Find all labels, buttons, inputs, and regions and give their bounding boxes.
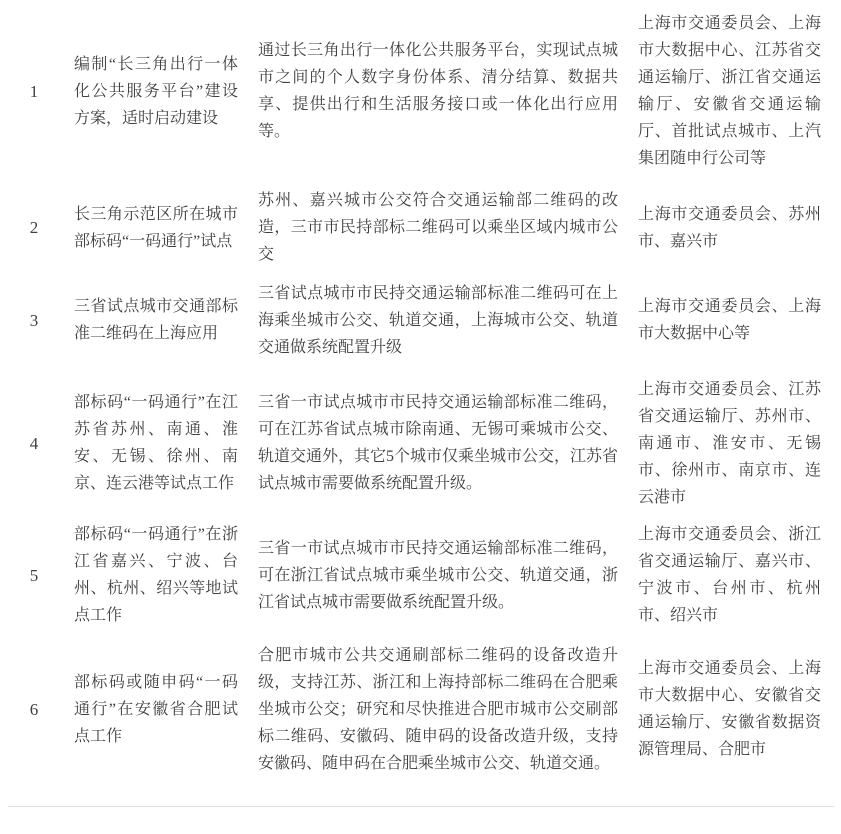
document-page: 1 编制“长三角出行一体化公共服务平台”建设方案，适时启动建设 通过长三角出行一… [0, 0, 841, 834]
task-description: 三省试点城市市民持交通运输部标准二维码可在上海乘坐城市公交、轨道交通，上海城市公… [252, 280, 632, 361]
table-row: 5 部标码“一码通行”在浙江省嘉兴、宁波、台州、杭州、绍兴等地试点工作 三省一市… [0, 519, 841, 631]
table-row: 2 长三角示范区所在城市部标码“一码通行”试点 苏州、嘉兴城市公交符合交通运输部… [0, 182, 841, 273]
row-number: 2 [0, 219, 68, 236]
task-description: 苏州、嘉兴城市公交符合交通运输部二维码的改造，三市市民持部标二维码可以乘坐区域内… [252, 187, 632, 268]
responsible-units: 上海市交通委员会、浙江省交通运输厅、嘉兴市、宁波市、台州市、杭州市、绍兴市 [632, 521, 841, 629]
task-description: 三省一市试点城市市民持交通运输部标准二维码，可在浙江省试点城市乘坐城市公交、轨道… [252, 535, 632, 616]
table-row: 6 部标码或随申码“一码通行”在安徽省合肥试点工作 合肥市城市公共交通刷部标二维… [0, 631, 841, 787]
responsible-units: 上海市交通委员会、苏州市、嘉兴市 [632, 201, 841, 255]
task-table: 1 编制“长三角出行一体化公共服务平台”建设方案，适时启动建设 通过长三角出行一… [0, 0, 841, 787]
task-description: 三省一市试点城市市民持交通运输部标准二维码，可在江苏省试点城市除南通、无锡可乘城… [252, 389, 632, 497]
responsible-units: 上海市交通委员会、上海市大数据中心、江苏省交通运输厅、浙江省交通运输厅、安徽省交… [632, 10, 841, 172]
responsible-units: 上海市交通委员会、上海市大数据中心等 [632, 293, 841, 347]
responsible-units: 上海市交通委员会、江苏省交通运输厅、苏州市、南通市、淮安市、无锡市、徐州市、南京… [632, 376, 841, 511]
responsible-units: 上海市交通委员会、上海市大数据中心、安徽省交通运输厅、安徽省数据资源管理局、合肥… [632, 655, 841, 763]
task-name: 部标码“一码通行”在江苏省苏州、南通、淮安、无锡、徐州、南京、连云港等试点工作 [68, 389, 252, 497]
table-row: 4 部标码“一码通行”在江苏省苏州、南通、淮安、无锡、徐州、南京、连云港等试点工… [0, 367, 841, 519]
task-name: 部标码“一码通行”在浙江省嘉兴、宁波、台州、杭州、绍兴等地试点工作 [68, 521, 252, 629]
task-description: 通过长三角出行一体化公共服务平台，实现试点城市之间的个人数字身份体系、清分结算、… [252, 37, 632, 145]
row-number: 6 [0, 701, 68, 718]
task-name: 长三角示范区所在城市部标码“一码通行”试点 [68, 201, 252, 255]
table-bottom-border [8, 806, 834, 807]
row-number: 4 [0, 435, 68, 452]
row-number: 1 [0, 83, 68, 100]
row-number: 3 [0, 312, 68, 329]
task-name: 三省试点城市交通部标准二维码在上海应用 [68, 293, 252, 347]
task-name: 编制“长三角出行一体化公共服务平台”建设方案，适时启动建设 [68, 51, 252, 132]
table-row: 3 三省试点城市交通部标准二维码在上海应用 三省试点城市市民持交通运输部标准二维… [0, 273, 841, 367]
task-name: 部标码或随申码“一码通行”在安徽省合肥试点工作 [68, 669, 252, 750]
row-number: 5 [0, 567, 68, 584]
table-row: 1 编制“长三角出行一体化公共服务平台”建设方案，适时启动建设 通过长三角出行一… [0, 0, 841, 182]
task-description: 合肥市城市公共交通刷部标二维码的设备改造升级，支持江苏、浙江和上海持部标二维码在… [252, 642, 632, 777]
